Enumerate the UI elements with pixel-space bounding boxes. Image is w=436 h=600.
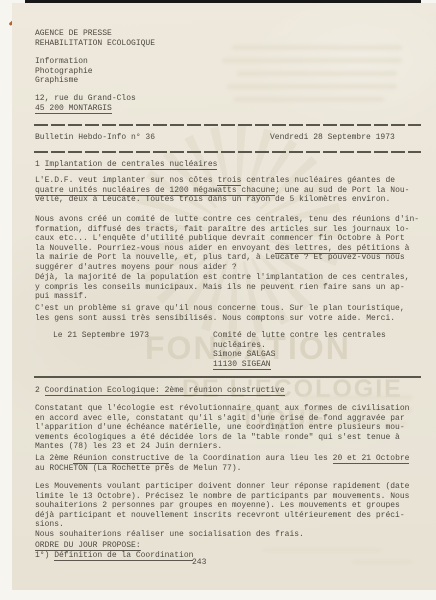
text-line: 11130 SIGEAN (213, 360, 386, 370)
section1-paragraph-4: C'est un problème si grave qu'il nous co… (35, 304, 405, 323)
text: 12, rue du Grand-Clos (35, 94, 136, 103)
text-line: au ROCHETON (La Rochette près de Melun 7… (35, 464, 409, 474)
text-line: la mairie de Port la nouvelle, et, plus … (35, 253, 419, 263)
underlined-text: 11130 SIGEAN (213, 360, 271, 370)
text: au ROCHETON (La Rochette près de Melun 7… (35, 464, 241, 473)
text-line: la Nouvelle. Pourriez-vous nous aider en… (35, 244, 419, 254)
underlined-text: Coordination Ecologique: 2ème réunion co… (45, 386, 285, 396)
divider-section (34, 376, 421, 378)
text-line: quatre unités nucléaires de 1200 mégawat… (35, 186, 409, 196)
divider-masthead (34, 151, 421, 153)
show-through-artifact (302, 395, 412, 400)
text: Nous souhaiterions réaliser une socialis… (35, 530, 304, 539)
text-line: 12, rue du Grand-Clos (35, 94, 136, 104)
text: Mantes (78) les 23 et 24 Juin derniers. (35, 442, 222, 451)
underlined-text: quatre unités nucléaires de 1200 mégawat… (35, 186, 275, 196)
text-line: Nous avons créé un comité de lutte contr… (35, 215, 419, 225)
section2-paragraph-2: La 2ème Réunion constructive de la Coord… (35, 454, 409, 473)
text-line: velle, deux à Leucate. Toutes trois dans… (35, 195, 409, 205)
text: déjà participant et nouvellement inscrit… (35, 511, 405, 520)
text: 1 (35, 160, 45, 169)
page-number: 243 (192, 558, 206, 568)
show-through-artifact (227, 84, 397, 89)
text: velle, deux à Leucate. Toutes trois dans… (35, 195, 390, 204)
show-through-artifact (232, 45, 402, 50)
section1-heading: 1 Implantation de centrales nucléaires (35, 160, 217, 170)
text-line: les gens sont aussi très sensibilisés. N… (35, 314, 405, 324)
text-line: Simone SALGAS (213, 350, 386, 360)
text-line: 1°) Définition de la Coordination (35, 551, 193, 561)
show-through-artifact (222, 58, 402, 63)
agency-services: InformationPhotographieGraphisme (35, 57, 93, 86)
text-line: caux etc... L'enquête d'utilité publique… (35, 234, 419, 244)
text: REHABILITATION ECOLOGIQUE (35, 39, 155, 48)
text: y compris les conseils municipaux. Mais … (35, 283, 405, 292)
text: à (400, 244, 410, 253)
text-line: déjà participant et nouvellement inscrit… (35, 511, 409, 521)
text: la Nouvelle. Pourriez-vous nous aider en… (35, 244, 275, 253)
section2-paragraph-1: Constatant que l'écologie est révolution… (35, 404, 409, 452)
show-through-artifact (352, 560, 412, 564)
underlined-text: des lettres, des pétitions (275, 244, 400, 254)
text-line: limite le 13 Octobre). Précisez le nombr… (35, 492, 409, 502)
text: Simone SALGAS (213, 350, 275, 359)
text: 1°) (35, 551, 54, 560)
letter-date: Le 21 Septembre 1973 (53, 331, 149, 341)
text: formation, diffusé des tracts, fait para… (35, 225, 409, 234)
text: Constatant que l'écologie est révolution… (35, 404, 409, 413)
show-through-artifact (237, 71, 397, 76)
text: L'E.D.F. veut implanter sur nos côtes (35, 176, 217, 185)
bulletin-title: Bulletin Hebdo-Info n° 36 (35, 133, 155, 143)
text: Les Mouvements voulant participer doiven… (35, 482, 409, 491)
section2-heading: 2 Coordination Ecologique: 2ème réunion … (35, 386, 285, 396)
text-line: ORDRE DU JOUR PROPOSE: (35, 541, 193, 551)
text-line: Mantes (78) les 23 et 24 Juin derniers. (35, 442, 409, 452)
text-line: 45 200 MONTARGIS (35, 104, 136, 114)
text-line: Constatant que l'écologie est révolution… (35, 404, 409, 414)
text-line: en accord avec elle, constatant qu'il s'… (35, 414, 409, 424)
section1-paragraph-3: Déjà, la majorité de la population est c… (35, 273, 409, 302)
section2-paragraph-3: Les Mouvements voulant participer doiven… (35, 482, 409, 540)
divider-top (34, 124, 421, 126)
text-line: Déjà, la majorité de la population est c… (35, 273, 409, 283)
text-line: La 2ème Réunion constructive de la Coord… (35, 454, 409, 464)
text: la mairie de Port la nouvelle, et, plus … (35, 253, 405, 262)
text: limite le 13 Octobre). Précisez le nombr… (35, 492, 409, 501)
text: souhaiterions 2 personnes par groupes en… (35, 501, 400, 510)
underlined-text: 45 200 MONTARGIS (35, 104, 112, 114)
text: Comité de lutte contre les centrales (213, 331, 386, 340)
signature-block: Comité de lutte contre les centralesnucl… (213, 331, 386, 369)
text: sions. (35, 520, 64, 529)
underlined-text: ORDRE DU JOUR PROPOSE: (35, 541, 141, 551)
text-line: Information (35, 57, 93, 67)
underlined-text: Implantation de centrales nucléaires (45, 160, 218, 170)
text: 2 (35, 386, 45, 395)
show-through-artifact (234, 97, 384, 102)
text: C'est un problème si grave qu'il nous co… (35, 304, 405, 313)
text: suggérer d'autres moyens pour nous aider… (35, 263, 237, 272)
text-line: Comité de lutte contre les centrales (213, 331, 386, 341)
text-line: REHABILITATION ECOLOGIQUE (35, 39, 155, 49)
text-line: Les Mouvements voulant participer doiven… (35, 482, 409, 492)
text-line: Nous souhaiterions réaliser une socialis… (35, 530, 409, 540)
underlined-text: Réunion constructive (73, 454, 169, 464)
text: La 2ème (35, 454, 73, 463)
text: vements écologiques a été décidée lors d… (35, 433, 400, 442)
scanned-document: FONDATION DE L'ECOLOGIE TIQUE AGENCE DE … (0, 0, 436, 600)
agency-address: 12, rue du Grand-Clos45 200 MONTARGIS (35, 94, 136, 113)
text: nucléaires. (213, 341, 266, 350)
text: caux etc... L'enquête d'utilité publique… (35, 234, 405, 243)
text-line: L'E.D.F. veut implanter sur nos côtes tr… (35, 176, 409, 186)
text-line: Photographie (35, 67, 93, 77)
text-line: Graphisme (35, 76, 93, 86)
text: pui massif. (35, 292, 88, 301)
text: de la Coordination aura lieu les (169, 454, 332, 463)
text-line: y compris les conseils municipaux. Mais … (35, 283, 409, 293)
text-line: pui massif. (35, 292, 409, 302)
text-line: l'apparition d'une échéance matérielle, … (35, 423, 409, 433)
agency-name: AGENCE DE PRESSEREHABILITATION ECOLOGIQU… (35, 29, 155, 48)
underlined-text: 20 et 21 Octobre (333, 454, 410, 464)
text: ; une au sud de Port la Nou- (275, 186, 409, 195)
paper-page: FONDATION DE L'ECOLOGIE TIQUE AGENCE DE … (12, 3, 436, 590)
agenda-block: ORDRE DU JOUR PROPOSE:1°) Définition de … (35, 541, 193, 560)
text: Nous avons créé un comité de lutte contr… (35, 215, 419, 224)
text-line: souhaiterions 2 personnes par groupes en… (35, 501, 409, 511)
text: les gens sont aussi très sensibilisés. N… (35, 314, 395, 323)
text-line: nucléaires. (213, 341, 386, 351)
section1-paragraph-2: Nous avons créé un comité de lutte contr… (35, 215, 419, 273)
text: Déjà, la majorité de la population est c… (35, 273, 409, 282)
text: centrales nucléaires géantes de (241, 176, 395, 185)
section1-paragraph-1: L'E.D.F. veut implanter sur nos côtes tr… (35, 176, 409, 205)
show-through-artifact (262, 548, 382, 552)
text: Photographie (35, 67, 93, 76)
text-line: AGENCE DE PRESSE (35, 29, 155, 39)
text: AGENCE DE PRESSE (35, 29, 112, 38)
text-line: formation, diffusé des tracts, fait para… (35, 225, 419, 235)
text-line: suggérer d'autres moyens pour nous aider… (35, 263, 419, 273)
underlined-text: trois (217, 176, 241, 186)
text-line: sions. (35, 520, 409, 530)
text-line: C'est un problème si grave qu'il nous co… (35, 304, 405, 314)
text: Graphisme (35, 76, 78, 85)
text: l'apparition d'une échéance matérielle, … (35, 423, 405, 432)
bulletin-date: Vendredi 28 Septembre 1973 (270, 133, 395, 143)
underlined-text: Définition de la Coordination (54, 551, 193, 561)
text: Information (35, 57, 88, 66)
text-line: 1 Implantation de centrales nucléaires (35, 160, 217, 170)
text: en accord avec elle, constatant qu'il s'… (35, 414, 405, 423)
text-line: 2 Coordination Ecologique: 2ème réunion … (35, 386, 285, 396)
text-line: vements écologiques a été décidée lors d… (35, 433, 409, 443)
